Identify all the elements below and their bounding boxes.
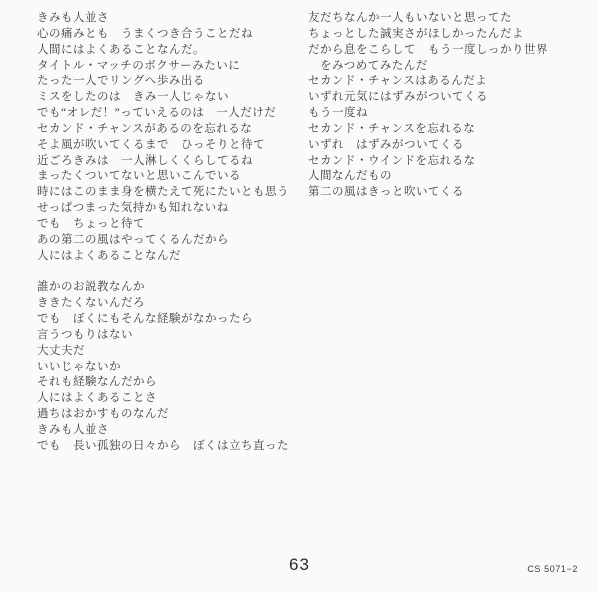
lyric-line: 人間にはよくあることなんだ。 bbox=[37, 43, 289, 59]
lyric-line: 心の痛みとも うまくつき合うことだね bbox=[37, 27, 289, 43]
lyrics-page: きみも人並さ心の痛みとも うまくつき合うことだね人間にはよくあることなんだ。タイ… bbox=[0, 0, 599, 593]
lyric-line: 人間なんだもの bbox=[308, 169, 548, 185]
lyric-line: せっぱつまった気持かも知れないね bbox=[37, 201, 289, 217]
catalog-number: CS 5071−2 bbox=[527, 564, 578, 574]
lyric-line: まったくついてないと思いこんでいる bbox=[37, 169, 289, 185]
lyric-line: それも経験なんだから bbox=[37, 375, 289, 391]
lyric-line: セカンド・ウインドを忘れるな bbox=[308, 154, 548, 170]
lyric-line: きみも人並さ bbox=[37, 423, 289, 439]
lyric-line: でも ちょっと待て bbox=[37, 217, 289, 233]
lyric-line: 誰かのお説教なんか bbox=[37, 280, 289, 296]
lyrics-column-right: 友だちなんか一人もいないと思ってたちょっとした誠実さがほしかったんだよだから息を… bbox=[308, 11, 548, 201]
lyric-line: ちょっとした誠実さがほしかったんだよ bbox=[308, 27, 548, 43]
lyric-line: セカンド・チャンスがあるのを忘れるな bbox=[37, 122, 289, 138]
lyric-line: 過ちはおかすものなんだ bbox=[37, 407, 289, 423]
lyric-line: でも ぼくにもそんな経験がなかったら bbox=[37, 312, 289, 328]
page-number: 63 bbox=[0, 555, 599, 575]
lyric-line: セカンド・チャンスはあるんだよ bbox=[308, 74, 548, 90]
lyric-line: ききたくないんだろ bbox=[37, 296, 289, 312]
lyric-line: いずれ元気にはずみがついてくる bbox=[308, 90, 548, 106]
lyric-line: でも 長い孤独の日々から ぼくは立ち直った bbox=[37, 439, 289, 455]
lyric-line: でも“オレだ！”っていえるのは 一人だけだ bbox=[37, 106, 289, 122]
lyric-line: だから息をこらして もう一度しっかり世界 bbox=[308, 43, 548, 59]
lyric-line: あの第二の風はやってくるんだから bbox=[37, 233, 289, 249]
lyric-line: 第二の風はきっと吹いてくる bbox=[308, 185, 548, 201]
lyric-line: ミスをしたのは きみ一人じゃない bbox=[37, 90, 289, 106]
lyric-line: セカンド・チャンスを忘れるな bbox=[308, 122, 548, 138]
lyric-line: 人にはよくあることなんだ bbox=[37, 249, 289, 265]
lyrics-column-left: きみも人並さ心の痛みとも うまくつき合うことだね人間にはよくあることなんだ。タイ… bbox=[37, 11, 289, 455]
lyric-line: 言うつもりはない bbox=[37, 328, 289, 344]
lyric-line: 大丈夫だ bbox=[37, 344, 289, 360]
lyric-line: タイトル・マッチのボクサーみたいに bbox=[37, 59, 289, 75]
lyric-line: をみつめてみたんだ bbox=[308, 59, 548, 75]
lyric-line: たった一人でリングへ歩み出る bbox=[37, 74, 289, 90]
lyric-line: 友だちなんか一人もいないと思ってた bbox=[308, 11, 548, 27]
lyric-line: いずれ はずみがついてくる bbox=[308, 138, 548, 154]
lyric-line: きみも人並さ bbox=[37, 11, 289, 27]
lyric-line bbox=[37, 265, 289, 281]
lyric-line: 近ごろきみは 一人淋しくくらしてるね bbox=[37, 154, 289, 170]
lyric-line: いいじゃないか bbox=[37, 360, 289, 376]
lyric-line: もう一度ね bbox=[308, 106, 548, 122]
lyric-line: 人にはよくあることさ bbox=[37, 391, 289, 407]
lyric-line: 時にはこのまま身を横たえて死にたいとも思う bbox=[37, 185, 289, 201]
lyric-line: そよ風が吹いてくるまで ひっそりと待て bbox=[37, 138, 289, 154]
